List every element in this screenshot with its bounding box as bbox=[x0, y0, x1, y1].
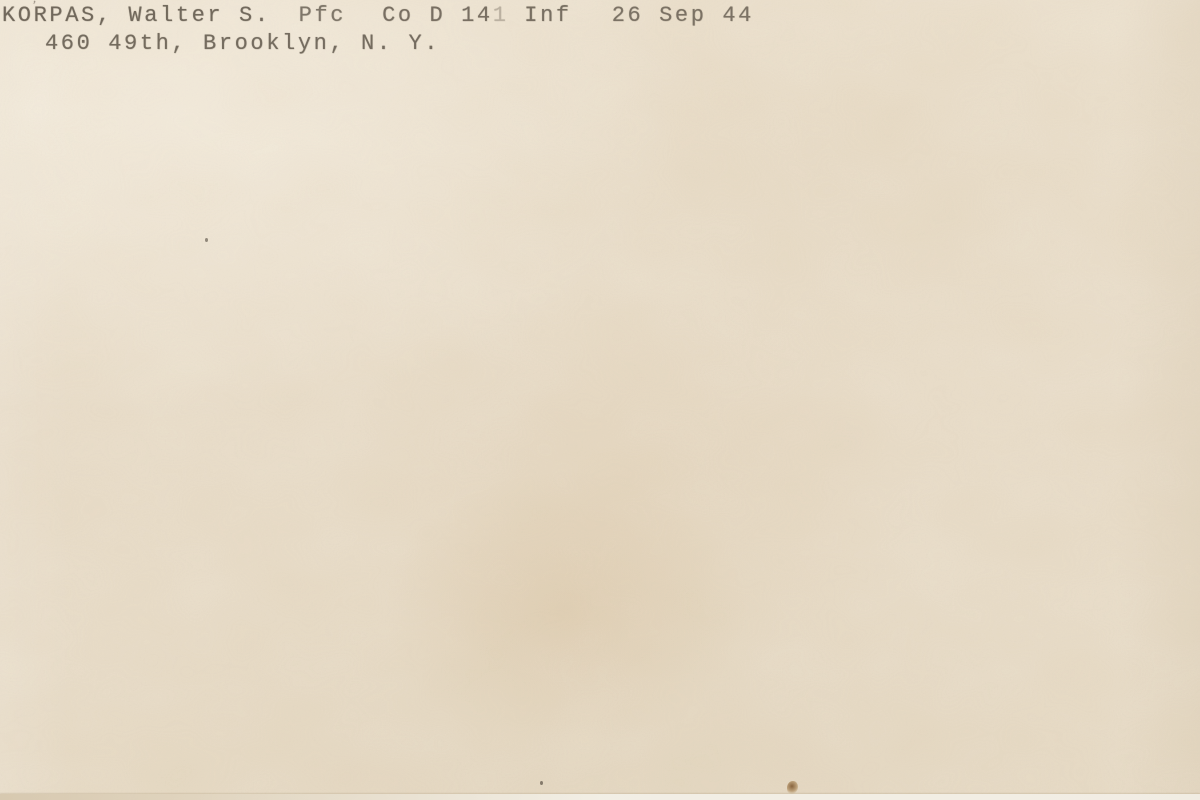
paper-speck-brown bbox=[787, 781, 798, 794]
typewritten-line-2: 460 49th, Brooklyn, N. Y. bbox=[45, 31, 440, 56]
paper-speck-tiny bbox=[205, 238, 208, 242]
scan-edge bbox=[0, 794, 1200, 800]
unit-branch: Inf bbox=[509, 3, 572, 28]
paper-grain-texture bbox=[0, 0, 1200, 800]
soldier-name: KORPAS, Walter S. bbox=[2, 3, 271, 28]
rank: Pfc bbox=[299, 3, 346, 28]
stray-mark-over-p: * bbox=[299, 0, 307, 6]
rank-group: *Pfc bbox=[299, 3, 346, 28]
paper-speck-small bbox=[540, 781, 543, 785]
index-card: ʼ KORPAS, Walter S.*PfcCo D 141 Inf26 Se… bbox=[0, 0, 1200, 800]
unit-faded-digit: 1 bbox=[493, 3, 509, 28]
typewritten-line-1: ʼ KORPAS, Walter S.*PfcCo D 141 Inf26 Se… bbox=[2, 3, 754, 28]
unit-company: Co D 14 bbox=[382, 3, 493, 28]
address: 460 49th, Brooklyn, N. Y. bbox=[45, 31, 440, 56]
date: 26 Sep 44 bbox=[612, 3, 754, 28]
